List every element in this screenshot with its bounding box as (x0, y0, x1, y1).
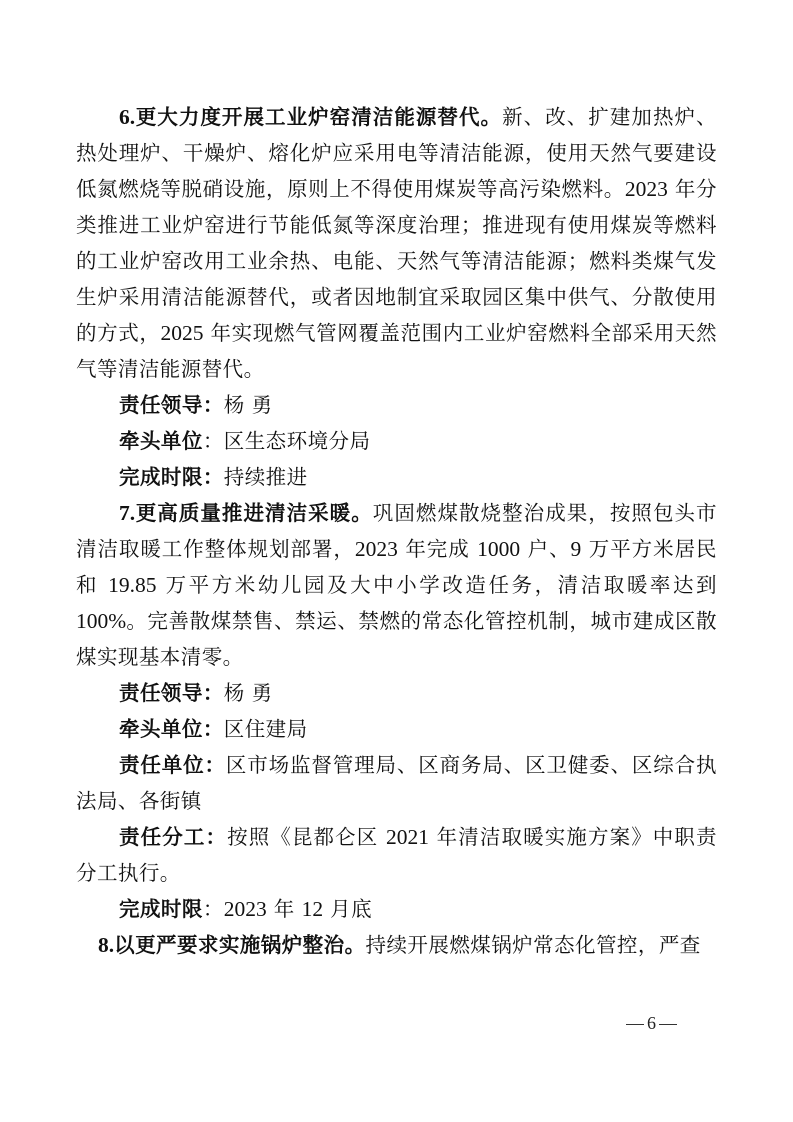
page-number: 6 (647, 1013, 656, 1033)
section-7-field-lead-unit: 牵头单位：区住建局 (76, 711, 717, 747)
section-8-paragraph: 8.以更严要求实施锅炉整治。持续开展燃煤锅炉常态化管控，严查 (76, 927, 717, 963)
document-body: 6.更大力度开展工业炉窑清洁能源替代。新、改、扩建加热炉、热处理炉、干燥炉、熔化… (76, 99, 717, 963)
section-7-heading: 7.更高质量推进清洁采暖。 (119, 501, 373, 525)
document-page: 6.更大力度开展工业炉窑清洁能源替代。新、改、扩建加热炉、热处理炉、干燥炉、熔化… (0, 0, 793, 1122)
section-7-field-division: 责任分工：按照《昆都仑区 2021 年清洁取暖实施方案》中职责分工执行。 (76, 819, 717, 891)
section-6-field-deadline: 完成时限：持续推进 (76, 459, 717, 495)
section-6-paragraph: 6.更大力度开展工业炉窑清洁能源替代。新、改、扩建加热炉、热处理炉、干燥炉、熔化… (76, 99, 717, 387)
dash-right (659, 1024, 677, 1025)
section-7-field-responsible-units: 责任单位：区市场监督管理局、区商务局、区卫健委、区综合执法局、各街镇 (76, 747, 717, 819)
dash-left (626, 1024, 644, 1025)
section-6-field-lead-unit: 牵头单位：区生态环境分局 (76, 423, 717, 459)
page-number-footer: 6 (623, 1013, 680, 1034)
section-7-paragraph: 7.更高质量推进清洁采暖。巩固燃煤散烧整治成果，按照包头市清洁取暖工作整体规划部… (76, 495, 717, 675)
section-7-field-deadline: 完成时限：2023 年 12 月底 (76, 891, 717, 927)
section-6-heading: 6.更大力度开展工业炉窑清洁能源替代。 (119, 105, 502, 129)
section-7-field-leader: 责任领导：杨 勇 (76, 675, 717, 711)
section-8-heading: 8.以更严要求实施锅炉整治。 (98, 933, 366, 957)
section-6-field-leader: 责任领导：杨 勇 (76, 387, 717, 423)
